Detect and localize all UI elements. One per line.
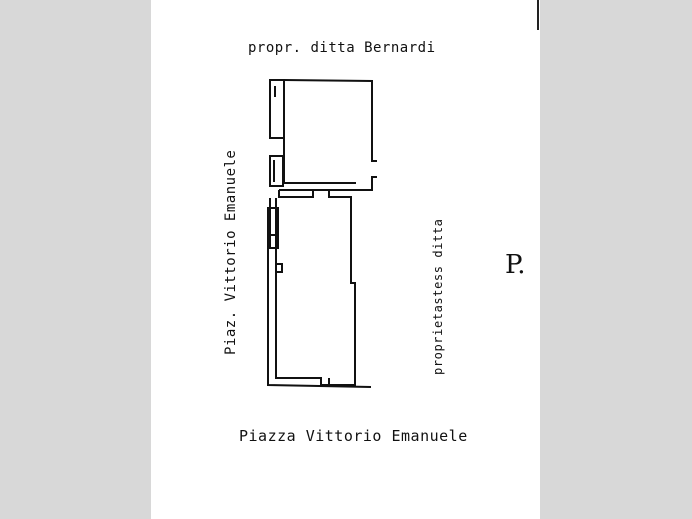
document-page: propr. ditta Bernardi Piaz. Vittorio Ema… — [151, 0, 540, 519]
bottom-street-label: Piazza Vittorio Emanuele — [239, 427, 468, 445]
left-street-label: Piaz. Vittorio Emanuele — [223, 150, 239, 355]
cutoff-label: P. — [505, 250, 526, 280]
lower-room — [268, 190, 371, 387]
edge-mark — [537, 0, 539, 30]
upper-room — [270, 80, 377, 190]
right-property-label: proprietastess ditta — [431, 219, 445, 376]
top-property-label: propr. ditta Bernardi — [248, 40, 436, 56]
